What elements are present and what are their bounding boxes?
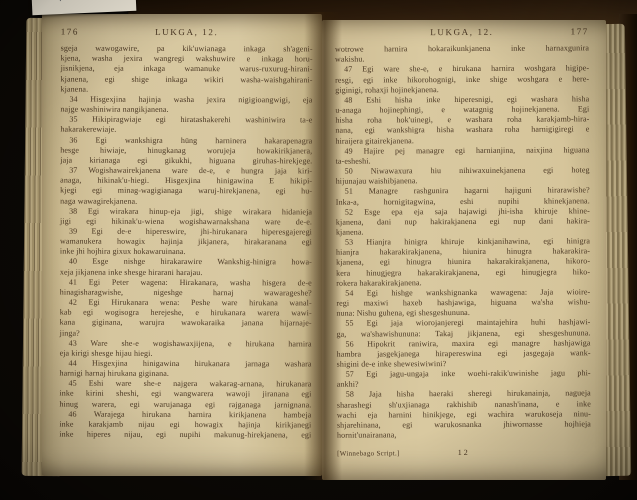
text-line: hambra jasgekjanega hirapereswina egi ja… [337,348,591,359]
text-line: wotrowe harnira hokaraikunkjanena inke h… [335,43,589,54]
text-line: 50 Niwawaxura hiu nihiwaxuinekjanena egi… [336,165,590,176]
text-line: kjanena, dani nup hakirakjanena egi nup … [336,216,590,227]
text-line: hornit'unairanana, [337,429,591,440]
running-title-left: LUKGA, 12. [97,27,277,38]
text-line: 49 Hajire pej managre egi harnianjina, n… [335,145,589,156]
right-page-text: LUKGA, 12. 177 wotrowe harnira hokaraiku… [335,26,591,459]
text-line: hinug warera, egi warujanaga egi rajgana… [59,399,311,410]
left-page-body: sgeja wawogawire, pa kik'uwianaga inkaga… [59,44,312,441]
text-line: nana, egi wankshigra hisha washara roha … [335,125,589,136]
text-line: xeja jikjanena inke shesge hirarani hara… [60,267,312,278]
text-line: 51 Managre rashgunira hagarni hajiguni h… [336,186,590,197]
signature-number: 12 [458,448,470,458]
text-line: 57 Egi jagu-ungaja inke woehi-rakik'uwin… [337,368,591,379]
price-tag: $345.00 [32,0,137,15]
right-page-header: LUKGA, 12. 177 [335,26,589,37]
text-line: 55 Egi jaja wiorojanjeregi maintajehira … [336,318,590,329]
text-line: 40 Esge nishge hirakarawire Wankshig-hin… [60,257,312,268]
page-number-right: 177 [553,26,589,36]
right-page-footer: [Winnebago Script.] 12 [337,448,591,459]
footer-note: [Winnebago Script.] [337,449,400,459]
text-line: kana giginana, warujra wawokaraika janan… [60,318,312,329]
text-line: 36 Egi wankshigra hūng harninera hakarap… [60,135,312,146]
left-page-text: 176 LUKGA, 12. sgeja wawogawire, pa kik'… [59,27,312,441]
text-line: hakarakerewiaje. [60,125,312,136]
text-line: shjarehinana, egi warukosnanka jhiwornas… [337,419,591,430]
text-line: resgi, egi inke hikorohognigi, inke shig… [335,74,589,85]
text-line: kera hinugjegra hakarakirakjanena, egi h… [336,267,590,278]
text-line: kjegi egi minag-wagigianaga waruj-hirekj… [60,186,312,197]
text-line: 38 Egi wirakara hinup-eja jigi, shige wi… [60,206,312,217]
text-line: naga wawagirekjanena. [60,196,312,207]
price-tag-text: $345.00 [32,0,136,6]
text-line: inke kirini sheshi, egi wangwarera wawoj… [59,389,311,400]
text-line: jisnikjena, eja inkaga wamanuke warus-ru… [61,64,313,75]
text-line: regi maxiwi haxeb hashjawiga, higuana wa… [336,297,590,308]
right-page-body: wotrowe harnira hokaraikunkjanena inke h… [335,43,591,440]
running-title-right: LUKGA, 12. [371,27,553,38]
text-line: 43 Ware she-e wogishawaxjijena, e hiruka… [60,338,312,349]
text-line: hesge hiwiaje, hinugkanag worujeja howak… [60,145,312,156]
text-line: kjanena, egi shige inkaga wikiri washa-w… [61,74,313,85]
book-photo: $345.00 176 LUKGA, 12. sgeja wawogawire,… [0,0,637,500]
page-number-left: 176 [61,27,97,37]
left-page-header: 176 LUKGA, 12. [61,27,313,38]
text-line: inke hiperes nijau, egi nupihi makunug-h… [59,430,311,441]
